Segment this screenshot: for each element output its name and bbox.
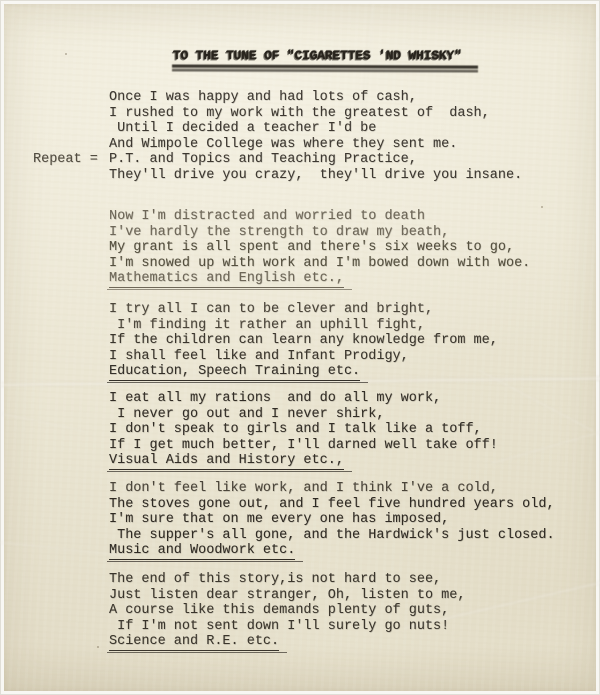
repeat-margin-note: Repeat = [33, 152, 98, 168]
verse-line: I'm snowed up with work and I'm bowed do… [109, 256, 530, 272]
verse-line: They'll drive you crazy, they'll drive y… [109, 168, 522, 184]
verse-line: I've hardly the strength to draw my beat… [109, 225, 530, 241]
refrain-line: Education, Speech Training etc. [109, 364, 498, 380]
verse-line: I don't feel like work, and I think I've… [109, 481, 555, 497]
typed-content: TO THE TUNE OF "CIGARETTES 'ND WHISKY" R… [1, 1, 599, 694]
verse-line: Now I'm distracted and worried to death [109, 209, 530, 225]
verse-line: I try all I can to be clever and bright, [109, 302, 498, 318]
refrain-text: Music and Woodwork etc. [109, 543, 295, 560]
refrain-text: Science and R.E. etc. [109, 634, 279, 651]
refrain-text: Visual Aids and History etc., [109, 453, 344, 470]
verse-line: If I'm not sent down I'll surely go nuts… [109, 619, 465, 635]
verse-line: P.T. and Topics and Teaching Practice, [109, 152, 522, 168]
verse-line: And Wimpole College was where they sent … [109, 137, 522, 153]
verse-line: I never go out and I never shirk, [109, 407, 498, 423]
verse-line: If I get much better, I'll darned well t… [109, 438, 498, 454]
refrain-text: Mathematics and English etc., [109, 271, 344, 288]
refrain-text: Education, Speech Training etc. [109, 364, 360, 381]
verse-line: Just listen dear stranger, Oh, listen to… [109, 588, 465, 604]
verse-line: The end of this story,is not hard to see… [109, 572, 465, 588]
stanza-4: I eat all my rations and do all my work,… [109, 391, 498, 469]
stanza-3: I try all I can to be clever and bright,… [109, 302, 498, 380]
stanza-1: Once I was happy and had lots of cash, I… [109, 90, 522, 183]
refrain-line: Mathematics and English etc., [109, 271, 530, 287]
stanza-2: Now I'm distracted and worried to death … [109, 209, 530, 287]
refrain-line: Music and Woodwork etc. [109, 543, 555, 559]
verse-line: I don't speak to girls and I talk like a… [109, 422, 498, 438]
stanza-5: I don't feel like work, and I think I've… [109, 481, 555, 559]
verse-line: I'm finding it rather an uphill fight, [109, 318, 498, 334]
photo-frame: TO THE TUNE OF "CIGARETTES 'ND WHISKY" R… [0, 0, 600, 695]
verse-line: I rushed to my work with the greatest of… [109, 106, 522, 122]
verse-line: I eat all my rations and do all my work, [109, 391, 498, 407]
song-title: TO THE TUNE OF "CIGARETTES 'ND WHISKY" [173, 48, 462, 63]
verse-line: The stoves gone out, and I feel five hun… [109, 497, 555, 513]
verse-line: The supper's all gone, and the Hardwick'… [109, 528, 555, 544]
title-underline [172, 64, 478, 72]
refrain-line: Visual Aids and History etc., [109, 453, 498, 469]
verse-line: Until I decided a teacher I'd be [109, 121, 522, 137]
verse-line: My grant is all spent and there's six we… [109, 240, 530, 256]
verse-line: Once I was happy and had lots of cash, [109, 90, 522, 106]
verse-line: If the children can learn any knowledge … [109, 333, 498, 349]
verse-line: A course like this demands plenty of gut… [109, 603, 465, 619]
stanza-6: The end of this story,is not hard to see… [109, 572, 465, 650]
verse-line: I'm sure that on me every one has impose… [109, 512, 555, 528]
refrain-line: Science and R.E. etc. [109, 634, 465, 650]
verse-line: I shall feel like and Infant Prodigy, [109, 349, 498, 365]
